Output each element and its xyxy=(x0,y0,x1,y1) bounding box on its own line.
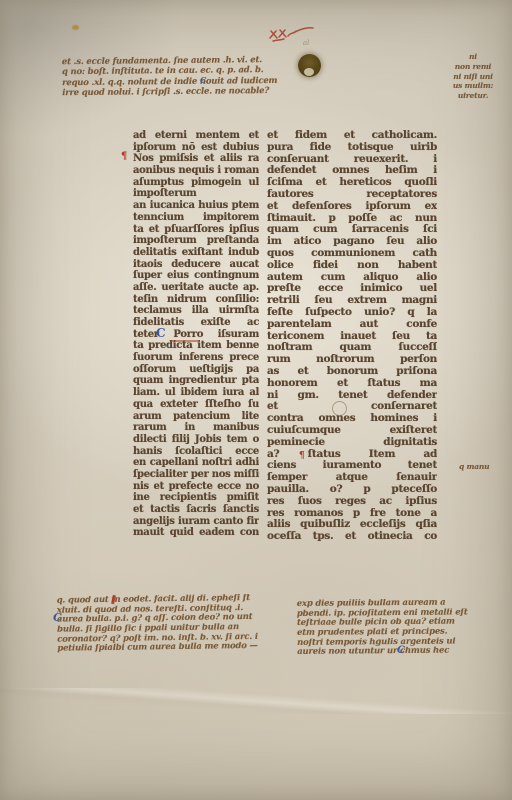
manuscript-text-line: et fidem et catholicam. xyxy=(267,130,437,142)
margin-note-top-right: ninon remini niſi unius muilm:uiretur. xyxy=(450,52,496,101)
manuscript-text-line: dilecti filij Jobis tem o xyxy=(133,434,259,446)
manuscript-text-line: quos communionem cath xyxy=(267,248,437,260)
manuscript-text-line: fautores receptatores xyxy=(267,189,437,201)
manuscript-text-line: contra omnes homines i xyxy=(267,413,437,425)
manuscript-text-line: impoſterum preſtanda fi xyxy=(133,235,259,247)
manuscript-page: al et .s. eccle fundamenta. ſne autem .h… xyxy=(0,0,512,800)
blue-paraph-mark-porro: C xyxy=(156,326,166,340)
manuscript-text-line: impoſterum aſumendus xyxy=(133,188,259,200)
manuscript-text-line: ine recipientis pmiſit xyxy=(133,492,259,504)
manuscript-text-line: ſuper eius contingnum xyxy=(133,270,259,282)
parchment-hole xyxy=(298,54,321,77)
red-paraph-mark-item: ¶ xyxy=(299,451,305,461)
margin-note-bottom-right: exp dies puiliis bullam auream apbendi. … xyxy=(297,598,495,658)
manuscript-text-line: feſte ſuſpecto unio? q la xyxy=(267,307,437,319)
margin-note-line: ni niſi uni xyxy=(450,72,496,82)
manuscript-text-line: ta predicta item benne xyxy=(133,340,259,352)
manuscript-text-line: aſumptus pimogein ul xyxy=(133,177,259,189)
manuscript-text-line: hanis ſcolaſtici ecce tull xyxy=(133,446,259,458)
manuscript-text-line: ſuorum inferens prece xyxy=(133,352,259,364)
manuscript-text-line: angelijs iuram canto fir xyxy=(133,516,259,528)
margin-note-mid-right: q manu xyxy=(459,462,489,471)
manuscript-text-line: ad eterni mentem et uirtute xyxy=(133,130,259,142)
manuscript-text-line: defendet omnes heſim i xyxy=(267,165,437,177)
manuscript-text-line: et conſernaret xyxy=(267,401,437,413)
manuscript-text-line: oceſſa tps. et otinecia co xyxy=(267,531,437,543)
manuscript-text-line: aſſe. ueritate aucte ap. xyxy=(133,282,259,294)
manuscript-text-line: conſeruant reuexerit. i xyxy=(267,154,437,166)
manuscript-text-line: pauilla. o? p pteceſſo xyxy=(267,484,437,496)
manuscript-text-line: mauit quid eadem con xyxy=(133,527,259,539)
manuscript-text-line: qua exteter ſſteſho ſu xyxy=(133,399,259,411)
manuscript-text-line: a? ſtatus Item ad xyxy=(267,449,437,461)
manuscript-text-line: teter Porro iſsuram xyxy=(133,329,259,341)
manuscript-text-line: olice fidei non habent xyxy=(267,260,437,272)
manuscript-text-line: quam ingredientur pta xyxy=(133,375,259,387)
manuscript-text-line: aliis quibuſliz eccleſijs qſia xyxy=(267,519,437,531)
manuscript-text-line: ſciſma et hereticos quoſli xyxy=(267,177,437,189)
margin-note-line: petiulia ſpialbi cum aurea bulla me modo… xyxy=(57,642,291,655)
manuscript-text-line: im atico pagano ſeu alio xyxy=(267,236,437,248)
manuscript-text-line: ſpecialiter per nos miſſi xyxy=(133,469,259,481)
manuscript-text-line: Nos pmiſsis et aliis ra xyxy=(133,153,259,165)
manuscript-text-line: as et bonorum priſona xyxy=(267,366,437,378)
blue-paraph-mark-top-left: C xyxy=(200,75,206,85)
faint-ink-mark: al xyxy=(303,39,309,47)
manuscript-text-line: tericonem inauet ſeu ta xyxy=(267,331,437,343)
manuscript-text-line: tenncium impitorem pſti xyxy=(133,212,259,224)
manuscript-text-line: liam. ul ibidem iura al xyxy=(133,387,259,399)
manuscript-text-line: honorem et ſtatus ma xyxy=(267,378,437,390)
manuscript-text-line: arum patencium lite xyxy=(133,411,259,423)
manuscript-text-line: en capellani noſtri adhi xyxy=(133,457,259,469)
manuscript-text-line: preſte ecce inimico uel xyxy=(267,283,437,295)
red-paraph-mark-nos: ¶ xyxy=(121,151,127,162)
manuscript-text-line: res romanos p fre tone a xyxy=(267,508,437,520)
manuscript-text-line: peminecie dignitatis xyxy=(267,437,437,449)
manuscript-text-line: oſſorum ueſtigijs pa xyxy=(133,364,259,376)
ink-stain-dot xyxy=(72,25,79,30)
manuscript-text-line: quam cum ſarracenis ſci xyxy=(267,224,437,236)
manuscript-text-line: rum noſtrorum perſon xyxy=(267,354,437,366)
blue-initial-bottom-left: C xyxy=(53,611,62,624)
manuscript-text-line: autem cum aliquo alio xyxy=(267,272,437,284)
manuscript-text-line: itaois deducere aucat ul xyxy=(133,259,259,271)
text-column-left: ad eterni mentem et uirtuteipſorum nō es… xyxy=(133,130,259,539)
manuscript-text-line: parentelam aut confe xyxy=(267,319,437,331)
manuscript-text-line: res ſuos reges ac ipſius xyxy=(267,496,437,508)
margin-note-line: ni xyxy=(450,52,496,62)
text-column-right: et fidem et catholicam.pura fide totisqu… xyxy=(267,130,437,543)
manuscript-text-line: rarum in manibus xyxy=(133,422,259,434)
manuscript-text-line: an iucanica huius ptem xyxy=(133,200,259,212)
manuscript-text-line: ciens iuramento tenet xyxy=(267,460,437,472)
margin-note-line: non remi xyxy=(450,62,496,72)
parchment-crease xyxy=(0,688,512,714)
uncolored-initial-ring xyxy=(332,401,347,416)
margin-note-line: uiretur. xyxy=(450,91,496,101)
manuscript-text-line: retrili ſeu extrem magni xyxy=(267,295,437,307)
manuscript-text-line: teſin nidrum conſilio: xyxy=(133,294,259,306)
manuscript-text-line: ipſorum nō est dubius omni xyxy=(133,142,259,154)
manuscript-text-line: noſtram quam ſucceſſ xyxy=(267,342,437,354)
margin-note-line: us muilm: xyxy=(450,81,496,91)
manuscript-text-line: ſtimauit. p poſſe ac nun xyxy=(267,213,437,225)
manuscript-text-line: pura fide totisque uirib xyxy=(267,142,437,154)
manuscript-text-line: ta et pſuarſſores ipſius xyxy=(133,224,259,236)
margin-note-top-left: et .s. eccle fundamenta. ſne autem .h. v… xyxy=(62,55,284,99)
manuscript-text-line: aonibus nequis i roman xyxy=(133,165,259,177)
manuscript-text-line: delitatis exiſtant indub xyxy=(133,247,259,259)
manuscript-text-line: cuiuſcumque exiſteret xyxy=(267,425,437,437)
red-underline-porro xyxy=(171,340,198,342)
manuscript-text-line: et tactis ſacris ſanctis ei xyxy=(133,504,259,516)
manuscript-text-line: ni gm. tenet defender xyxy=(267,390,437,402)
manuscript-text-line: teclamus illa uirmſta xyxy=(133,305,259,317)
margin-note-line: irre quod nolui. i ſcripſi .s. eccle. ne… xyxy=(62,86,284,99)
manuscript-text-line: fidelitatis exiſte ac oſſer xyxy=(133,317,259,329)
manuscript-text-line: ſemper atque ſenauir xyxy=(267,472,437,484)
manuscript-text-line: nis et prefecte ecce no xyxy=(133,481,259,493)
blue-paraph-bottom-right: C xyxy=(397,645,405,656)
margin-note-bottom-left: q. quod aut in eodet. facit. alij di. ep… xyxy=(57,593,292,654)
hole-highlight xyxy=(304,68,314,76)
manuscript-text-line: et defenſores ipſorum ex xyxy=(267,201,437,213)
